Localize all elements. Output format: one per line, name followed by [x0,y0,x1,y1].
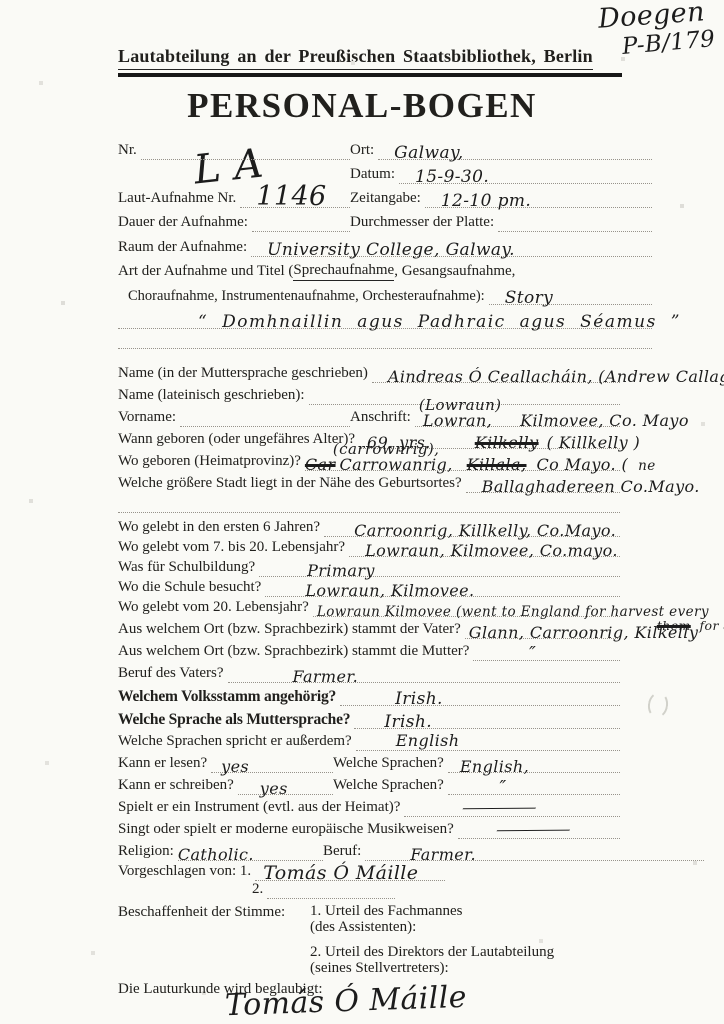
recording-metadata-section: L A Nr. Ort: Galway, Datum: 15-9-30. Lau… [118,136,652,349]
line-anschrift: (Lowraun) Lowran, Kilmovee, Co. Mayo [415,413,620,427]
line-vater-ort: Glann, Carroonrig, Kilkelly [465,625,620,639]
value-ab-20-rest: for about 25-30 years. [700,618,724,633]
label-urteil-fachmann: 1. Urteil des Fachmannes [310,903,558,919]
label-kann-lesen: Kann er lesen? [118,755,211,772]
value-recording-title: “ Domhnaillin agus Padhraic agus Séamus … [198,312,681,332]
line-7-bis-20: Lowraun, Kilmovee, Co.mayo. [349,543,620,557]
cell-nr: Nr. [118,142,350,159]
cell-stimme-items: 1. Urteil des Fachmannes (des Assistente… [310,903,558,977]
line-beruf-vater: Farmer. [228,669,620,683]
row-muttersprache: Welche Sprache als Muttersprache? Irish. [118,706,620,729]
label-datum: Datum: [350,166,399,183]
label-art-suffix: , Gesangsaufnahme, [394,263,515,280]
label-durchmesser: Durchmesser der Platte: [350,214,498,231]
label-name-muttersprache: Name (in der Muttersprache geschrieben) [118,365,372,382]
line-beruf: Farmer. [365,847,704,861]
label-erste-6-jahre: Wo gelebt in den ersten 6 Jahren? [118,519,324,536]
value-ab-20-line2: them for about 25-30 years. [657,618,724,633]
institution-header: Lautabteilung an der Preußischen Staatsb… [118,46,624,77]
row-erste-6-jahre: Wo gelebt in den ersten 6 Jahren? Carroo… [118,517,620,537]
spacer [310,935,558,944]
institution-name: Lautabteilung an der Preußischen Staatsb… [118,46,593,70]
label-moderne-musik: Singt oder spielt er moderne europäische… [118,821,458,838]
line-erste-6-jahre: Carroonrig, Killkelly, Co.Mayo. [324,523,620,537]
label-urteil-direktor: 2. Urteil des Direktors der Lautabteilun… [310,944,558,960]
scan-noise [0,0,2,2]
line-instrument: — [404,803,620,817]
value-groessere-stadt: Ballaghadereen Co.Mayo. [482,477,700,496]
value-instrument-wrap: — [459,798,475,817]
label-weitere-sprachen: Welche Sprachen spricht er außerdem? [118,733,356,750]
row-religion-beruf: Religion: Catholic. Beruf: Farmer. [118,839,704,861]
line-datum: 15-9-30. [399,170,652,184]
row-schulbildung: Was für Schulbildung? Primary [118,557,620,577]
row-vorname-anschrift: Vorname: Anschrift: (Lowraun) Lowran, Ki… [118,405,620,427]
line-wo-geboren: (carrownrig), Car Carrowanrig, Killala, … [305,457,620,471]
row-vorgeschlagen-2: 2. [118,881,620,899]
header-rule [118,73,622,77]
row-art-label: Art der Aufnahme und Titel (Sprechaufnah… [118,261,652,281]
line-ort: Galway, [378,146,652,160]
row-lautaufnahme-zeit: Laut-Aufnahme Nr. 1146 Zeitangabe: 12-10… [118,184,652,208]
line-moderne-musik: — [458,825,620,839]
label-ab-20: Wo gelebt vom 20. Lebensjahr? [118,599,313,616]
cell-stimme-label: Beschaffenheit der Stimme: [118,903,310,977]
line-volksstamm: Irish. [340,692,620,706]
row-7-bis-20: Wo gelebt vom 7. bis 20. Lebensjahr? Low… [118,537,620,557]
line-groessere-stadt: Ballaghadereen Co.Mayo. [466,479,620,493]
row-kann-schreiben: Kann er schreiben? yes Welche Sprachen? … [118,773,620,795]
label-schule-besucht: Wo die Schule besucht? [118,579,265,596]
label-urteil-direktor-sub: (seines Stellvertreters): [310,960,558,976]
certifying-signature: Tomás Ó Máille [224,980,467,1023]
row-vater-ort: Aus welchem Ort (bzw. Sprachbezirk) stam… [118,617,620,639]
cell-kann-lesen: Kann er lesen? yes [118,755,333,772]
line-welche-sprachen-2: ″ [448,781,620,795]
line-durchmesser [498,218,652,232]
line-nr [141,146,350,160]
line-recording-title: “ Domhnaillin agus Padhraic agus Séamus … [118,315,652,329]
label-anschrift: Anschrift: [350,409,415,426]
row-datum: Datum: 15-9-30. [118,160,652,184]
label-schulbildung: Was für Schulbildung? [118,559,259,576]
label-ort: Ort: [350,142,378,159]
label-wo-geboren: Wo geboren (Heimatprovinz)? [118,453,305,470]
label-urteil-fachmann-sub: (des Assistenten): [310,919,558,935]
line-name-muttersprache: Aindreas Ó Ceallacháin, (Andrew Callagha… [372,369,620,383]
label-vorname: Vorname: [118,409,180,426]
value-instrument-dash: — [457,797,543,817]
line-ab-20: Lowraun Kilmovee (went to England for ha… [313,603,620,617]
label-instrument: Spielt er ein Instrument (evtl. aus der … [118,799,404,816]
label-art-line2: Choraufnahme, Instrumentenaufnahme, Orch… [128,288,489,305]
row-weitere-sprachen: Welche Sprachen spricht er außerdem? Eng… [118,729,620,751]
label-welche-sprachen-1: Welche Sprachen? [333,755,448,772]
label-mutter-ort: Aus welchem Ort (bzw. Sprachbezirk) stam… [118,643,473,660]
cell-religion: Religion: Catholic. [118,843,323,860]
value-raum: University College, Galway. [267,240,515,260]
line-muttersprache: Irish. [354,715,620,729]
label-zeitangabe: Zeitangabe: [350,190,425,207]
row-instrument: Spielt er ein Instrument (evtl. aus der … [118,795,620,817]
line-empty [118,335,652,349]
cell-lautaufnahme: Laut-Aufnahme Nr. 1146 [118,190,350,207]
line-religion: Catholic. [178,847,323,861]
row-nr-ort: Nr. Ort: Galway, [118,136,652,160]
label-religion: Religion: [118,843,178,860]
row-vorgeschlagen-1: Vorgeschlagen von: 1. Tomás Ó Máille [118,861,620,881]
line-schule-besucht: Lowraun, Kilmovee. [265,583,620,597]
label-nr: Nr. [118,142,141,159]
value-moderne-musik-dash: — [491,819,577,839]
line-stray [118,499,620,513]
value-weitere-sprachen: English [396,731,460,750]
row-recording-title: “ Domhnaillin agus Padhraic agus Séamus … [118,305,652,329]
row-ab-20: Wo gelebt vom 20. Lebensjahr? Lowraun Ki… [118,597,620,617]
label-art-prefix: Art der Aufnahme und Titel ( [118,263,293,280]
row-mutter-ort: Aus welchem Ort (bzw. Sprachbezirk) stam… [118,639,620,661]
cell-vorname: Vorname: [118,409,350,426]
label-dauer: Dauer der Aufnahme: [118,214,252,231]
personal-bogen-scanned-form: Doegen P-B/179 Lautabteilung an der Preu… [0,0,724,1024]
row-wo-geboren: Wo geboren (Heimatprovinz)? (carrownrig)… [118,449,620,471]
line-dauer [252,218,350,232]
row-stray-line [118,501,620,513]
label-kann-schreiben: Kann er schreiben? [118,777,238,794]
row-kann-lesen: Kann er lesen? yes Welche Sprachen? Engl… [118,751,620,773]
row-dauer-durchmesser: Dauer der Aufnahme: Durchmesser der Plat… [118,208,652,232]
label-vorgeschlagen-2: 2. [252,881,267,898]
line-vorgeschlagen-1: Tomás Ó Máille [255,867,445,881]
label-welche-sprachen-2: Welche Sprachen? [333,777,448,794]
voice-assessment-block: Beschaffenheit der Stimme: 1. Urteil des… [118,903,620,977]
line-welche-sprachen-1: English, [448,759,620,773]
row-volksstamm: Welchem Volksstamm angehörig? Irish. [118,683,620,706]
label-muttersprache: Welche Sprache als Muttersprache? [118,711,354,729]
row-groessere-stadt: Welche größere Stadt liegt in der Nähe d… [118,471,620,493]
line-raum: University College, Galway. [251,243,652,257]
label-volksstamm: Welchem Volksstamm angehörig? [118,688,340,706]
label-beruf-vater: Beruf des Vaters? [118,665,228,682]
label-art-sprechaufnahme: Sprechaufnahme [293,262,394,280]
personal-details-section: Name (in der Muttersprache geschrieben) … [118,361,620,493]
row-raum: Raum der Aufnahme: University College, G… [118,232,652,257]
label-beschaffenheit-stimme: Beschaffenheit der Stimme: [118,904,289,920]
line-mutter-ort: ″ [473,647,620,661]
form-title: PERSONAL-BOGEN [0,87,724,126]
line-vorname [180,413,350,427]
label-7-bis-20: Wo gelebt vom 7. bis 20. Lebensjahr? [118,539,349,556]
value-wo-geboren-tail2: ne [638,458,655,474]
row-art-line2: Choraufnahme, Instrumentenaufnahme, Orch… [118,281,652,305]
label-laut-aufnahme-nr: Laut-Aufnahme Nr. [118,190,240,207]
line-schulbildung: Primary [259,563,620,577]
line-laut-aufnahme-nr: 1146 [240,194,350,208]
line-weitere-sprachen: English [356,737,620,751]
value-ab-20: Lowraun Kilmovee (went to England for ha… [317,604,709,620]
row-beruf-vater: Beruf des Vaters? Farmer. [118,661,620,683]
row-name-muttersprache: Name (in der Muttersprache geschrieben) … [118,361,620,383]
row-name-lateinisch: Name (lateinisch geschrieben): [118,383,620,405]
ink-smudge [646,691,670,720]
label-raum: Raum der Aufnahme: [118,239,251,256]
label-beruf: Beruf: [323,843,365,860]
cell-dauer: Dauer der Aufnahme: [118,214,350,231]
label-vater-ort: Aus welchem Ort (bzw. Sprachbezirk) stam… [118,621,465,638]
line-kann-lesen: yes [211,759,333,773]
value-moderne-musik-wrap: — [493,820,509,839]
cell-kann-schreiben: Kann er schreiben? yes [118,777,333,794]
value-ab-20-struck: them [657,618,691,633]
row-moderne-musik: Singt oder spielt er moderne europäische… [118,817,620,839]
label-name-lateinisch: Name (lateinisch geschrieben): [118,387,309,404]
label-vorgeschlagen: Vorgeschlagen von: 1. [118,863,255,880]
line-zeitangabe: 12-10 pm. [425,194,652,208]
biography-section: Wo gelebt in den ersten 6 Jahren? Carroo… [118,501,620,999]
label-groessere-stadt: Welche größere Stadt liegt in der Nähe d… [118,475,466,492]
row-schule-besucht: Wo die Schule besucht? Lowraun, Kilmovee… [118,577,620,597]
line-vorgeschlagen-2 [267,885,395,899]
line-kann-schreiben: yes [238,781,333,795]
label-wann-geboren: Wann geboren (oder ungefähres Alter)? [118,431,359,448]
row-empty-line [118,331,652,349]
line-art-value: Story [489,291,652,305]
